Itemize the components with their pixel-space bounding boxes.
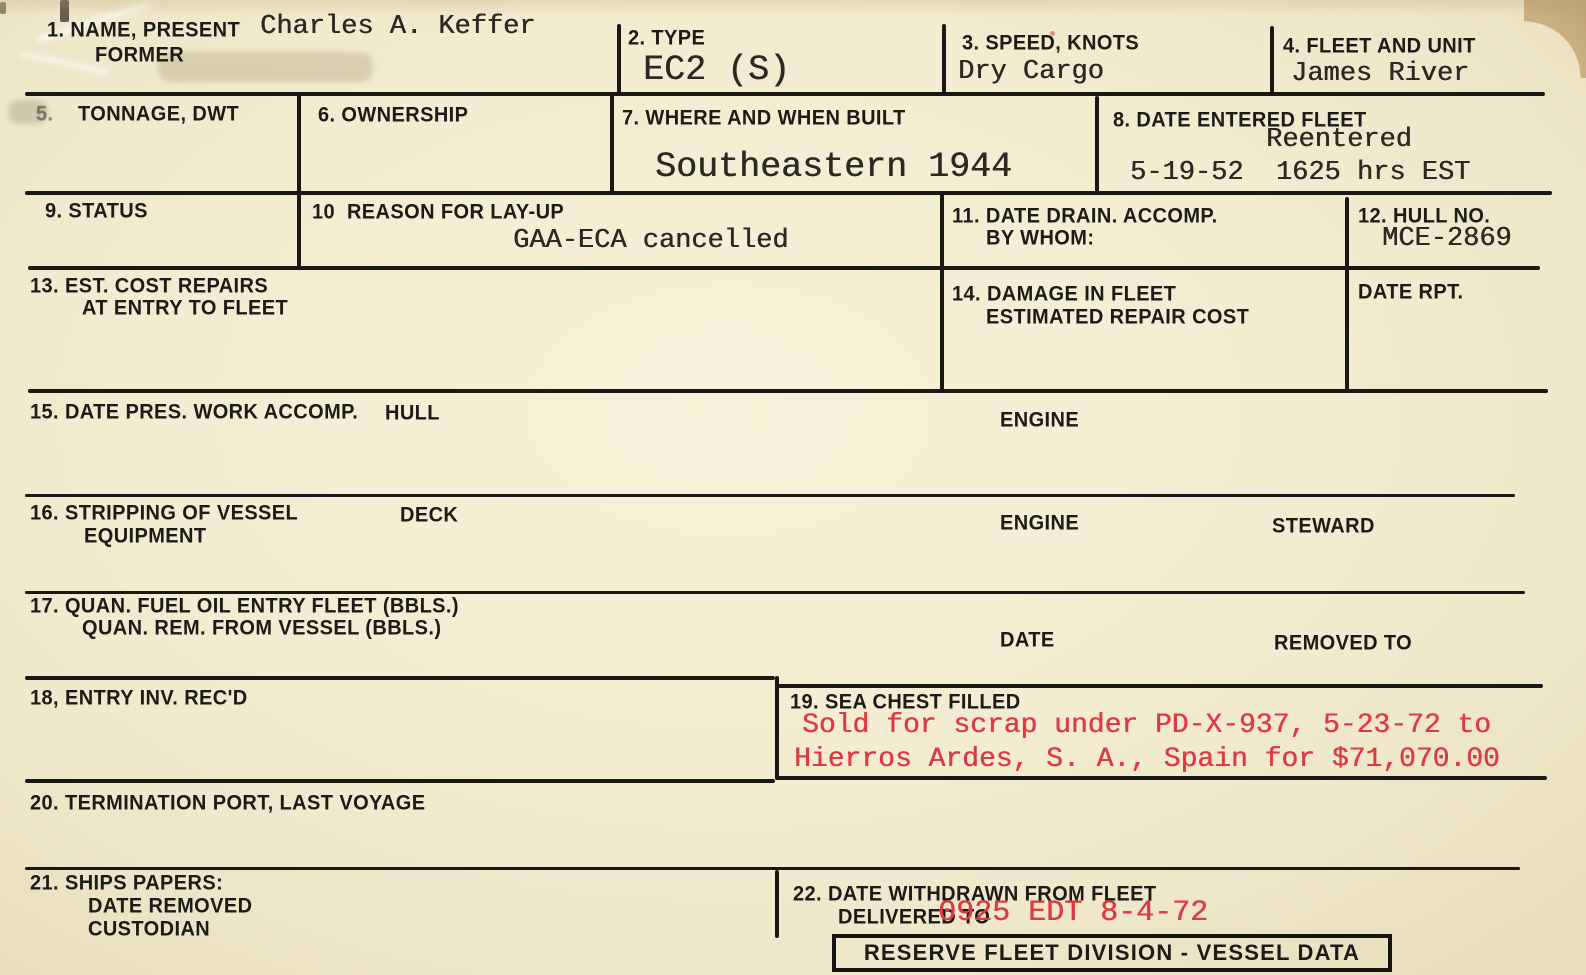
field-11-label: 11. DATE DRAIN. ACCOMP. <box>952 206 1218 228</box>
field-11-by-whom-label: BY WHOM: <box>986 228 1094 250</box>
field-5-label: TONNAGE, DWT <box>78 104 239 126</box>
divider-f18-f19 <box>775 676 779 780</box>
field-21-label: 21. SHIPS PAPERS: <box>30 873 223 895</box>
footer-title-box: RESERVE FLEET DIVISION - VESSEL DATA <box>832 934 1392 972</box>
field-17-label-line2: QUAN. REM. FROM VESSEL (BBLS.) <box>82 618 441 640</box>
field-8-value-date: 5-19-52 1625 hrs EST <box>1130 160 1470 187</box>
field-17-date-label: DATE <box>1000 630 1055 652</box>
field-2-label: 2. TYPE <box>628 28 705 50</box>
entry-inv-bottom <box>25 779 775 783</box>
divider-row1-bottom <box>25 92 1545 96</box>
ink-speck <box>0 2 6 14</box>
field-14-date-rpt-label: DATE RPT. <box>1358 282 1463 304</box>
field-9-label: 9. STATUS <box>45 201 148 223</box>
field-20-label: 20. TERMINATION PORT, LAST VOYAGE <box>30 793 425 815</box>
field-14-label: 14. DAMAGE IN FLEET <box>952 284 1176 306</box>
divider-row9-bottom <box>25 867 1520 870</box>
footer-title: RESERVE FLEET DIVISION - VESSEL DATA <box>864 941 1360 964</box>
field-7-value: Southeastern 1944 <box>655 150 1012 185</box>
field-16-label-line2: EQUIPMENT <box>84 526 207 548</box>
field-8-value-reentered: Reentered <box>1266 127 1412 154</box>
divider-row3-bottom <box>28 266 1540 270</box>
divider-f5-f6 <box>297 92 301 193</box>
field-16-engine-label: ENGINE <box>1000 513 1079 535</box>
field-16-steward-label: STEWARD <box>1272 516 1375 538</box>
field-3-label: 3. SPEED, KNOTS <box>962 33 1139 55</box>
field-16-deck-label: DECK <box>400 505 458 527</box>
divider-f2-f3 <box>942 24 946 94</box>
divider-f1-f2 <box>617 24 621 94</box>
divider-row4-bottom <box>28 389 1548 393</box>
field-19-note-line-2: Hierros Ardes, S. A., Spain for $71,070.… <box>794 746 1500 774</box>
divider-f11-f12 <box>1345 197 1349 391</box>
field-10-value: GAA-ECA cancelled <box>513 228 788 255</box>
divider-row6-bottom <box>25 591 1525 594</box>
field-7-label: 7. WHERE AND WHEN BUILT <box>622 108 906 130</box>
field-22-value: 0925 EDT 8-4-72 <box>938 898 1208 928</box>
field-12-value: MCE-2869 <box>1382 226 1512 253</box>
field-17-removed-to-label: REMOVED TO <box>1274 633 1412 655</box>
field-1-label: 1. NAME, PRESENT <box>47 20 240 42</box>
divider-f21-f22 <box>775 870 779 938</box>
field-4-label: 4. FLEET AND UNIT <box>1283 36 1476 58</box>
divider-f6-f7 <box>610 92 614 193</box>
divider-f3-f4 <box>1270 26 1274 94</box>
field-19-note-line-1: Sold for scrap under PD-X-937, 5-23-72 t… <box>802 712 1491 740</box>
erased-text-smudge <box>158 52 373 82</box>
field-1-former-label: FORMER <box>95 45 184 67</box>
vessel-data-card: 1. NAME, PRESENT Charles A. Keffer FORME… <box>0 0 1586 975</box>
field-16-label: 16. STRIPPING OF VESSEL <box>30 503 298 525</box>
field-3-value: Dry Cargo <box>958 59 1104 86</box>
field-4-value: James River <box>1291 61 1469 88</box>
field-18-label: 18, ENTRY INV. REC'D <box>30 688 248 710</box>
divider-f7-f8 <box>1095 96 1099 195</box>
torn-corner <box>1524 0 1586 78</box>
field-17-label: 17. QUAN. FUEL OIL ENTRY FLEET (BBLS.) <box>30 596 459 618</box>
field-5-number: 5. <box>36 104 53 126</box>
field-2-value: EC2 (S) <box>643 53 790 88</box>
field-1-value: Charles A. Keffer <box>260 14 535 41</box>
field-15-hull-label: HULL <box>385 403 440 425</box>
seachest-box-top <box>775 684 1543 688</box>
field-14-label-line2: ESTIMATED REPAIR COST <box>986 307 1249 329</box>
divider-row2-bottom <box>25 191 1552 195</box>
field-10-label: 10 REASON FOR LAY-UP <box>312 202 564 224</box>
field-6-label: 6. OWNERSHIP <box>318 105 468 127</box>
field-21-custodian-label: CUSTODIAN <box>88 919 210 941</box>
field-13-label-line2: AT ENTRY TO FLEET <box>82 298 288 320</box>
field-13-label: 13. EST. COST REPAIRS <box>30 276 268 298</box>
divider-f10-f11 <box>940 194 944 392</box>
divider-f9-f10 <box>297 191 301 268</box>
field-15-label: 15. DATE PRES. WORK ACCOMP. <box>30 402 358 424</box>
divider-row7-bottom-left <box>25 676 775 680</box>
seachest-box-bottom <box>775 776 1547 780</box>
field-21-date-removed-label: DATE REMOVED <box>88 896 252 918</box>
divider-row5-bottom <box>25 494 1515 497</box>
field-15-engine-label: ENGINE <box>1000 410 1079 432</box>
